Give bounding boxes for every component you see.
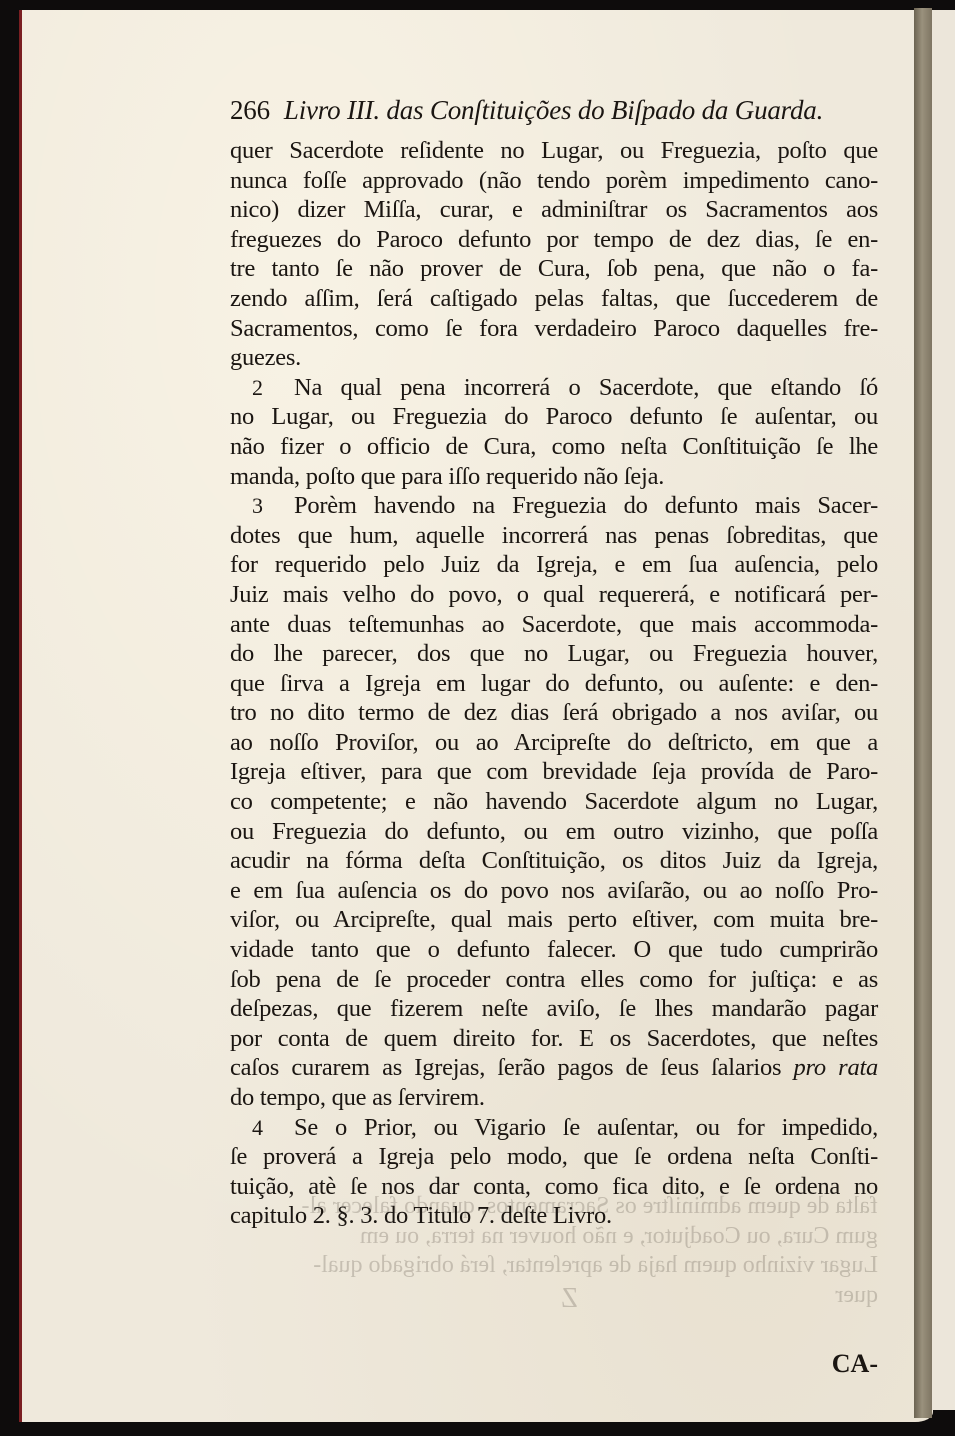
text-line: manda, poſto que para iſſo requerido não… bbox=[230, 462, 878, 492]
text-line: que ſirva a Igreja em lugar do defunto, … bbox=[230, 669, 878, 699]
text-line: ao noſſo Proviſor, ou ao Arcipreſte do d… bbox=[230, 728, 878, 758]
line-text: quer Sacerdote reſidente no Lugar, ou Fr… bbox=[230, 137, 878, 164]
line-text: guezes. bbox=[230, 344, 301, 371]
line-text: por conta de quem direito for. E os Sace… bbox=[230, 1025, 878, 1052]
line-text: Igreja eſtiver, para que com brevidade ſ… bbox=[230, 758, 878, 785]
text-line: viſor, ou Arcipreſte, qual mais perto eſ… bbox=[230, 905, 878, 935]
paragraph-number: 3 bbox=[252, 491, 294, 521]
line-text: viſor, ou Arcipreſte, qual mais perto eſ… bbox=[230, 906, 878, 933]
text-line: e em ſua auſencia os do povo nos aviſarã… bbox=[230, 876, 878, 906]
text-line: tro no dito termo de dez dias ſerá obrig… bbox=[230, 698, 878, 728]
line-text: do tempo, que as ſervirem. bbox=[230, 1084, 485, 1111]
line-text: capitulo 2. §. 3. do Titulo 7. deſte Liv… bbox=[230, 1202, 612, 1229]
paragraph-number: 2 bbox=[252, 373, 294, 403]
text-line: tuição, atè ſe nos dar conta, como fica … bbox=[230, 1172, 878, 1202]
text-line: deſpezas, que fizerem neſte aviſo, ſe lh… bbox=[230, 994, 878, 1024]
text-line: for requerido pelo Juiz da Igreja, e em … bbox=[230, 550, 878, 580]
running-head: 266Livro III. das Conſtituições do Biſpa… bbox=[230, 92, 878, 136]
line-text: nico) dizer Miſſa, curar, e adminiſtrar … bbox=[230, 196, 878, 223]
text-line: zendo aſſim, ſerá caſtigado pelas faltas… bbox=[230, 284, 878, 314]
paragraph-start-line: 4Se o Prior, ou Vigario ſe auſentar, ou … bbox=[230, 1113, 878, 1143]
line-text: ſe proverá a Igreja pelo modo, que ſe or… bbox=[230, 1143, 878, 1170]
paragraph-start-line: 3Porèm havendo na Freguezia do defunto m… bbox=[230, 491, 878, 521]
line-text: Juiz mais velho do povo, o qual requerer… bbox=[230, 581, 878, 608]
line-text: for requerido pelo Juiz da Igreja, e em … bbox=[230, 551, 878, 578]
text-line: no Lugar, ou Freguezia do Paroco defunto… bbox=[230, 402, 878, 432]
line-text: Sacramentos, como ſe fora verdadeiro Par… bbox=[230, 315, 878, 342]
running-head-title: Livro III. das Conſtituições do Biſpado … bbox=[284, 95, 823, 125]
text-line: por conta de quem direito for. E os Sace… bbox=[230, 1024, 878, 1054]
line-text: tre tanto ſe não prover de Cura, ſob pen… bbox=[230, 255, 878, 282]
line-text: zendo aſſim, ſerá caſtigado pelas faltas… bbox=[230, 285, 878, 312]
text-line: tre tanto ſe não prover de Cura, ſob pen… bbox=[230, 254, 878, 284]
paragraph-number: 4 bbox=[252, 1113, 294, 1143]
line-text: não fizer o officio de Cura, como neſta … bbox=[230, 433, 878, 460]
line-text: freguezes do Paroco defunto por tempo de… bbox=[230, 226, 878, 253]
line-text: Na qual pena incorrerá o Sacerdote, que … bbox=[294, 374, 878, 401]
line-text: no Lugar, ou Freguezia do Paroco defunto… bbox=[230, 403, 878, 430]
line-text: ante duas teſtemunhas ao Sacerdote, que … bbox=[230, 611, 878, 638]
text-line: do lhe parecer, dos que no Lugar, ou Fre… bbox=[230, 639, 878, 669]
line-text: dotes que hum, aquelle incorrerá nas pen… bbox=[230, 522, 878, 549]
line-text: deſpezas, que fizerem neſte aviſo, ſe lh… bbox=[230, 995, 878, 1022]
line-text: nunca foſſe approvado (não tendo porèm i… bbox=[230, 167, 878, 194]
text-line: não fizer o officio de Cura, como neſta … bbox=[230, 432, 878, 462]
line-text: tro no dito termo de dez dias ſerá obrig… bbox=[230, 699, 878, 726]
text-line: nunca foſſe approvado (não tendo porèm i… bbox=[230, 166, 878, 196]
book-gutter bbox=[914, 8, 932, 1418]
text-block: 266Livro III. das Conſtituições do Biſpa… bbox=[230, 92, 878, 1389]
line-text: ou Freguezia do defunto, ou em outro viz… bbox=[230, 818, 878, 845]
text-line: quer Sacerdote reſidente no Lugar, ou Fr… bbox=[230, 136, 878, 166]
line-text: caſos curarem as Igrejas, ſerão pagos de… bbox=[230, 1054, 781, 1081]
text-line: acudir na fórma deſta Conſtituição, os d… bbox=[230, 846, 878, 876]
text-line: co competente; e não havendo Sacerdote a… bbox=[230, 787, 878, 817]
scanned-page-view: falta de quem adminiſtre os Sacramentos,… bbox=[0, 0, 955, 1436]
footer-row: CA- bbox=[230, 1349, 878, 1389]
text-line: Igreja eſtiver, para que com brevidade ſ… bbox=[230, 757, 878, 787]
line-text: manda, poſto que para iſſo requerido não… bbox=[230, 463, 664, 490]
text-line: guezes. bbox=[230, 343, 878, 373]
body-text: quer Sacerdote reſidente no Lugar, ou Fr… bbox=[230, 136, 878, 1231]
line-text: tuição, atè ſe nos dar conta, como fica … bbox=[230, 1173, 878, 1200]
line-text: Se o Prior, ou Vigario ſe auſentar, ou f… bbox=[294, 1114, 878, 1141]
line-text: e em ſua auſencia os do povo nos aviſarã… bbox=[230, 877, 878, 904]
line-text: ao noſſo Proviſor, ou ao Arcipreſte do d… bbox=[230, 729, 878, 756]
text-line: vidade tanto que o defunto falecer. O qu… bbox=[230, 935, 878, 965]
page-number: 266 bbox=[230, 95, 270, 125]
catchword: CA- bbox=[832, 1349, 878, 1379]
facing-page-edge bbox=[932, 10, 955, 1410]
text-line: Juiz mais velho do povo, o qual requerer… bbox=[230, 580, 878, 610]
text-line: nico) dizer Miſſa, curar, e adminiſtrar … bbox=[230, 195, 878, 225]
text-line: Sacramentos, como ſe fora verdadeiro Par… bbox=[230, 314, 878, 344]
italic-phrase: pro rata bbox=[794, 1054, 878, 1081]
text-line: ante duas teſtemunhas ao Sacerdote, que … bbox=[230, 610, 878, 640]
line-text: vidade tanto que o defunto falecer. O qu… bbox=[230, 936, 878, 963]
line-text: Porèm havendo na Freguezia do defunto ma… bbox=[294, 492, 878, 519]
line-text: co competente; e não havendo Sacerdote a… bbox=[230, 788, 878, 815]
text-line: ſe proverá a Igreja pelo modo, que ſe or… bbox=[230, 1142, 878, 1172]
text-line: capitulo 2. §. 3. do Titulo 7. deſte Liv… bbox=[230, 1201, 878, 1231]
paragraph-start-line: 2Na qual pena incorrerá o Sacerdote, que… bbox=[230, 373, 878, 403]
text-line: freguezes do Paroco defunto por tempo de… bbox=[230, 225, 878, 255]
line-text: acudir na fórma deſta Conſtituição, os d… bbox=[230, 847, 878, 874]
text-line: ou Freguezia do defunto, ou em outro viz… bbox=[230, 817, 878, 847]
line-text: que ſirva a Igreja em lugar do defunto, … bbox=[230, 670, 878, 697]
line-text: do lhe parecer, dos que no Lugar, ou Fre… bbox=[230, 640, 878, 667]
text-line: do tempo, que as ſervirem. bbox=[230, 1083, 878, 1113]
text-line: dotes que hum, aquelle incorrerá nas pen… bbox=[230, 521, 878, 551]
text-line: ſob pena de ſe proceder contra elles com… bbox=[230, 965, 878, 995]
line-text: ſob pena de ſe proceder contra elles com… bbox=[230, 966, 878, 993]
text-line: caſos curarem as Igrejas, ſerão pagos de… bbox=[230, 1053, 878, 1083]
